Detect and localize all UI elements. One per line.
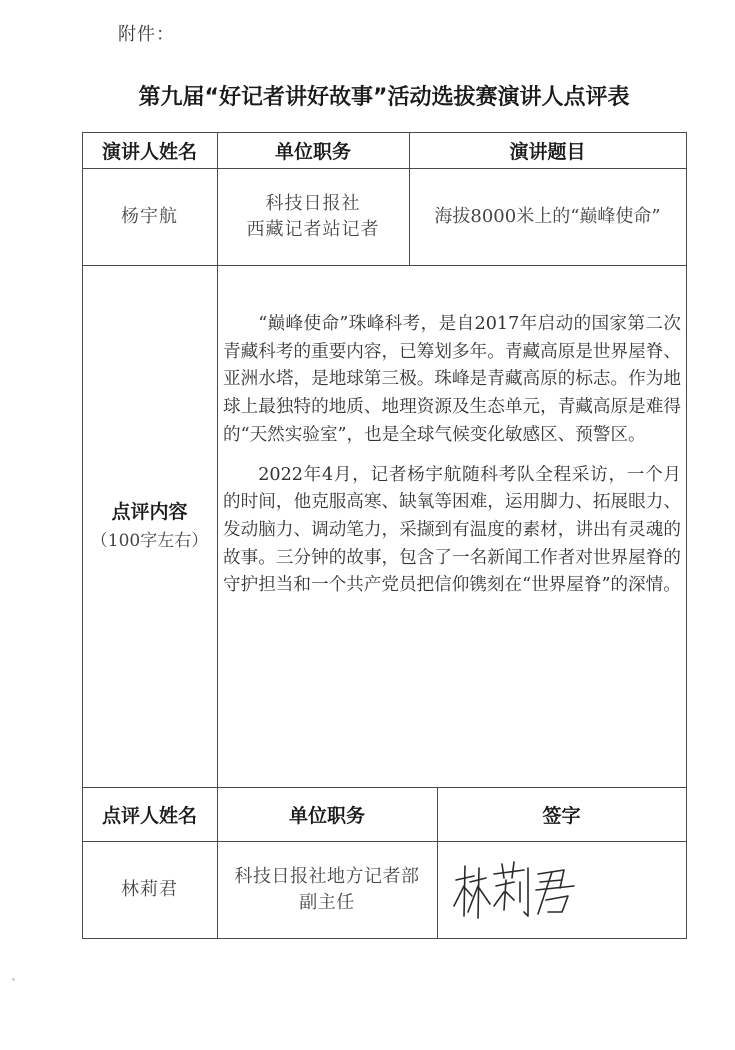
reviewer-position-line2: 副主任 (299, 890, 355, 916)
speaker-position-line2: 西藏记者站记者 (247, 217, 380, 243)
handwritten-signature-icon (452, 858, 582, 924)
table-border-right (686, 132, 687, 939)
comment-label: 点评内容 (111, 497, 187, 527)
speaker-position-line1: 科技日报社 (266, 191, 361, 217)
table-border-bottom (82, 938, 687, 939)
speaker-name: 杨宇航 (82, 168, 217, 265)
comment-content: “巅峰使命”珠峰科考，是自2017年启动的国家第二次青藏科考的重要内容，已筹划多… (223, 311, 681, 612)
comment-paragraph: 2022年4月，记者杨宇航随科考队全程采访，一个月的时间，他克服高寒、缺氧等困难… (223, 462, 681, 601)
reviewer-position-line1: 科技日报社地方记者部 (235, 864, 420, 890)
header-speech-topic: 演讲题目 (409, 132, 686, 168)
scan-artifact (12, 978, 15, 981)
header-reviewer-position: 单位职务 (217, 787, 437, 841)
attachment-label: 附件： (118, 20, 175, 46)
reviewer-position: 科技日报社地方记者部 副主任 (217, 841, 437, 938)
speech-topic: 海拔8000米上的“巅峰使命” (409, 168, 686, 265)
speaker-position: 科技日报社 西藏记者站记者 (217, 168, 409, 265)
comment-length-hint: （100字左右） (91, 527, 208, 555)
comment-label-cell: 点评内容 （100字左右） (82, 265, 217, 787)
reviewer-name: 林莉君 (82, 841, 217, 938)
header-speaker-position: 单位职务 (217, 132, 409, 168)
header-reviewer-name: 点评人姓名 (82, 787, 217, 841)
header-speaker-name: 演讲人姓名 (82, 132, 217, 168)
document-title: 第九届“好记者讲好故事”活动选拔赛演讲人点评表 (82, 80, 686, 111)
comment-paragraph: “巅峰使命”珠峰科考，是自2017年启动的国家第二次青藏科考的重要内容，已筹划多… (223, 311, 681, 450)
header-signature: 签字 (437, 787, 686, 841)
